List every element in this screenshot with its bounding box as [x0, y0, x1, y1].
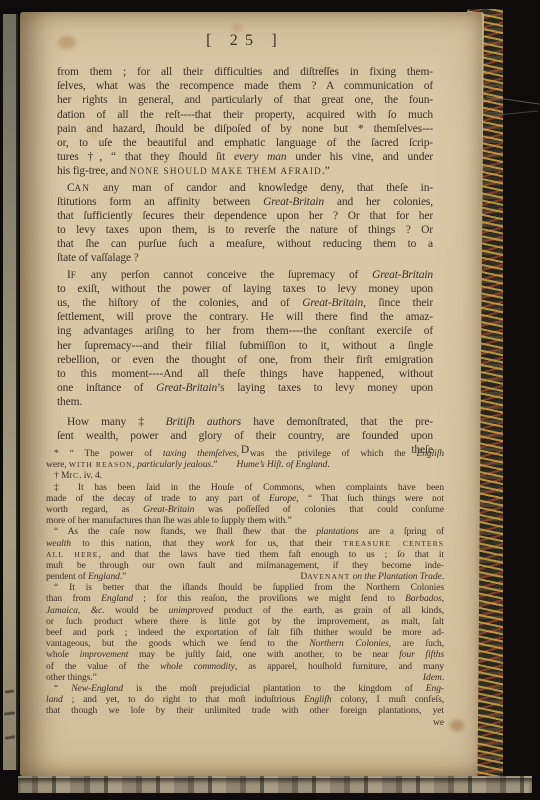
text-line: ſent wealth, power and glory of their co…	[57, 429, 433, 443]
text-line: ing advantages ariſing to her from them-…	[57, 324, 433, 338]
paragraph: Can any man of candor and knowledge deny…	[57, 181, 433, 266]
text-line: “ As the caſe now ſtands, we ſhall ſhew …	[46, 526, 444, 537]
text-bleed-mark	[4, 711, 15, 715]
text-line: vantageous, but the goods which we ſend …	[46, 638, 444, 649]
paragraph: † Mic. iv. 4.	[46, 470, 444, 481]
text-line: ‡ It has been ſaid in the Houſe of Commo…	[46, 482, 444, 493]
text-line: that though we loſe by their unlimited t…	[46, 705, 444, 716]
text-line: tures †, “ that they ſhould ſit every ma…	[57, 150, 433, 164]
text-bleed-mark	[5, 689, 14, 693]
text-line: from them ; for all their difficulties a…	[57, 65, 433, 79]
text-line: to levy taxes upon them, is to reverſe t…	[57, 223, 433, 237]
body-text-block: from them ; for all their difficulties a…	[57, 65, 433, 457]
paragraph: “ As the caſe now ſtands, we ſhall ſhew …	[46, 526, 444, 582]
stain	[450, 720, 464, 731]
text-line: ſettlement, will prove the contrary. He …	[57, 310, 433, 324]
facing-page-edge	[3, 14, 18, 770]
line-right: Davenant on the Plantation Trade.	[300, 571, 444, 582]
text-line: pain and hazard, ſhould be diſpoſed of b…	[57, 122, 433, 136]
text-line: If any perſon cannot conceive the ſuprem…	[57, 268, 433, 282]
text-line: ſtitutions form an affinity between Grea…	[57, 195, 433, 209]
line-right: we	[433, 717, 444, 728]
text-bleed-mark	[5, 735, 15, 740]
text-line: that ſufficiently ſecures their dependen…	[57, 209, 433, 223]
text-line: them.	[57, 395, 433, 409]
text-line: to exiſt, without the power of laying ta…	[57, 282, 433, 296]
text-line: were, with reason, particularly jealous.…	[46, 459, 444, 470]
text-line: “ It is better that the iſlands ſhould b…	[46, 582, 444, 593]
text-line: muſt be through our own fault and miſman…	[46, 560, 444, 571]
text-line: we	[46, 717, 444, 728]
text-line: rebellion, or even the thought of one, f…	[57, 353, 433, 367]
text-line: to this moment----And all theſe things h…	[57, 367, 433, 381]
book-page: [ 25 ] from them ; for all their difficu…	[20, 12, 484, 776]
stain	[232, 24, 242, 32]
text-line: all here, and that the laws have tied th…	[46, 549, 444, 560]
text-line: of the value of the whole commodity, as …	[46, 661, 444, 672]
text-line: Jamaica, &c. would be unimproved product…	[46, 605, 444, 616]
paragraph: “ It is better that the iſlands ſhould b…	[46, 582, 444, 683]
text-line: more of her manufactures than ſhe was ab…	[46, 515, 444, 526]
line-left: pendent of England.”	[46, 571, 126, 582]
paragraph: from them ; for all their difficulties a…	[57, 65, 433, 179]
paragraph: ‡ It has been ſaid in the Houſe of Commo…	[46, 482, 444, 527]
text-line: her rights in general, and particularly …	[57, 93, 433, 107]
line-left: other things.”	[46, 672, 97, 683]
text-line: pendent of England.”Davenant on the Plan…	[46, 571, 444, 582]
text-line: worth regard, as Great-Britain was poſſe…	[46, 504, 444, 515]
text-line: “ New-England is the moſt prejudicial pl…	[46, 683, 444, 694]
text-line: whoſe improvement may be juſtly ſaid, on…	[46, 649, 444, 660]
text-line: that ſhe can purſue ſuch a meaſure, with…	[57, 237, 433, 251]
text-line: How many ‡ Britiſh authors have demonſtr…	[57, 415, 433, 429]
text-line: one inſtance of Great-Britain’s laying t…	[57, 381, 433, 395]
text-line: land ; and yet, to do right to that moſt…	[46, 694, 444, 705]
text-line: or ſuch product where there is little go…	[46, 616, 444, 627]
line-right: Idem.	[423, 672, 444, 683]
text-line: † Mic. iv. 4.	[46, 470, 444, 481]
text-line: made of the decay of trade to any part o…	[46, 493, 444, 504]
paragraph: “ New-England is the moſt prejudicial pl…	[46, 683, 444, 728]
text-line: his fig-tree, and none should make them …	[57, 164, 433, 178]
text-line: dation of all the reſt----that their pro…	[57, 108, 433, 122]
text-line: or, to uſe the beautiful and emphatic la…	[57, 136, 433, 150]
text-line: other things.”Idem.	[46, 672, 444, 683]
text-line: ſtate of vaſſalage ?	[57, 251, 433, 265]
paragraph: * “ The power of taxing themſelves, was …	[46, 448, 444, 470]
text-line: us, the hiſtory of the colonies, and of …	[57, 296, 433, 310]
text-line: ſelves, what was the recompence made the…	[57, 79, 433, 93]
text-line: Can any man of candor and knowledge deny…	[57, 181, 433, 195]
text-line: her ſupremacy---and their filial ſubmiſſ…	[57, 339, 433, 353]
paragraph: If any perſon cannot conceive the ſuprem…	[57, 268, 433, 410]
book-bottom-edge	[18, 776, 532, 793]
page-number: [ 25 ]	[57, 32, 433, 50]
text-line: beef and pork ; indeed the exportation o…	[46, 627, 444, 638]
footnotes-block: * “ The power of taxing themſelves, was …	[46, 448, 444, 728]
text-line: than from England ; for this reaſon, the…	[46, 593, 444, 604]
text-line: wealth to this nation, that they work fo…	[46, 538, 444, 549]
text-line: * “ The power of taxing themſelves, was …	[46, 448, 444, 459]
